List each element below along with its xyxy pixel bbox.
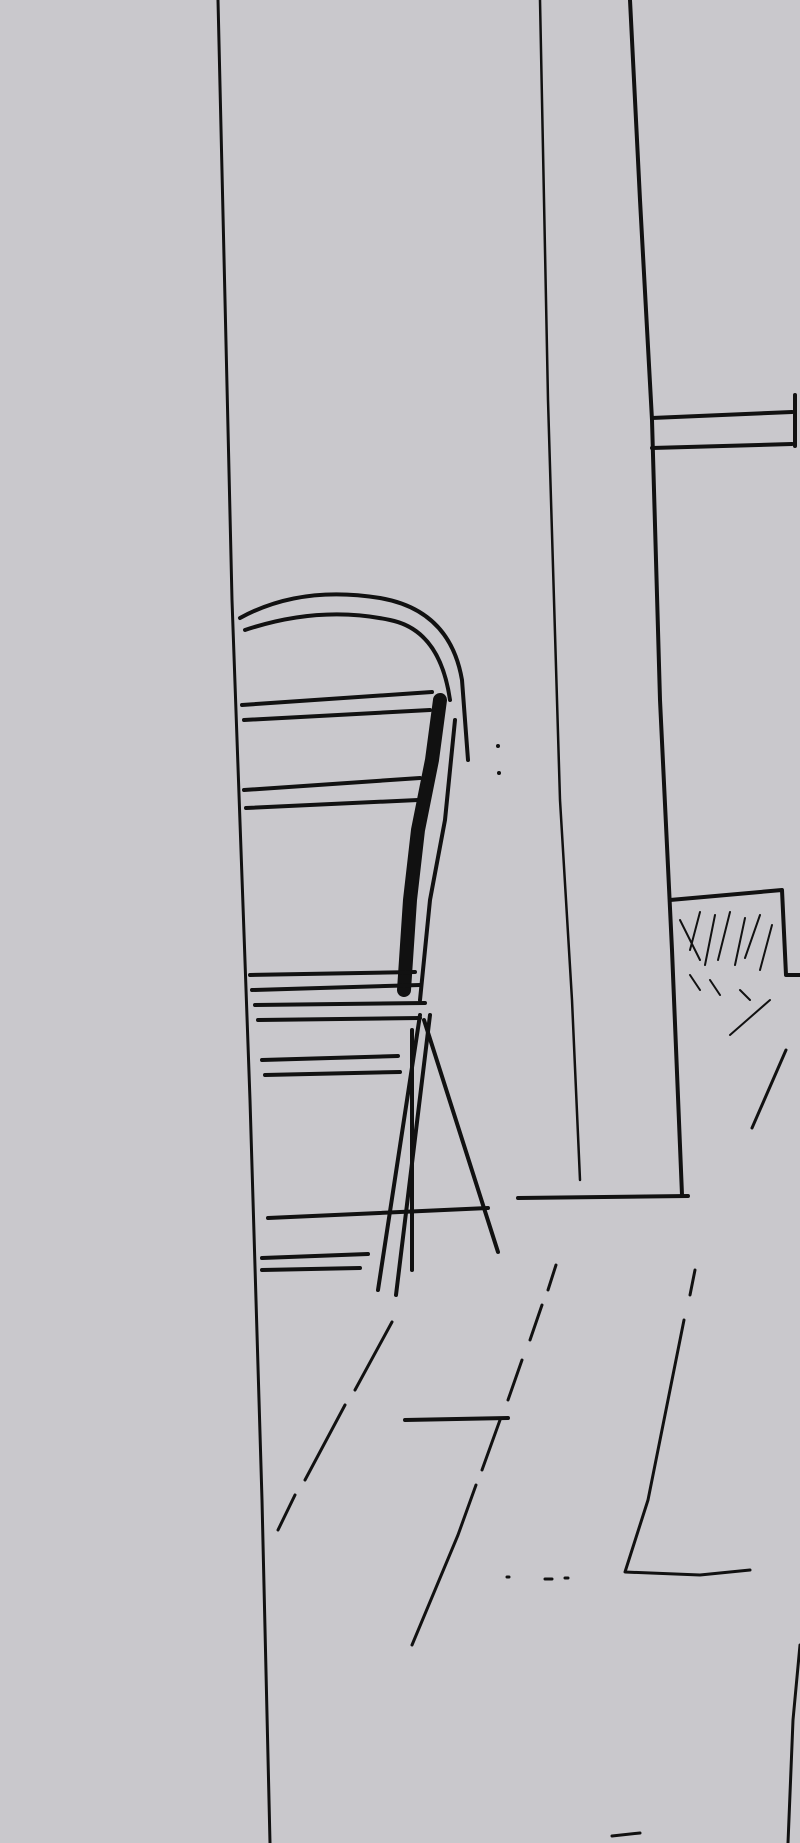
column-base-line (518, 1196, 688, 1198)
ink-dot (497, 771, 501, 775)
ink-dot (496, 744, 500, 748)
ink-drawing (0, 0, 800, 1843)
floor-crossbar (405, 1418, 508, 1420)
